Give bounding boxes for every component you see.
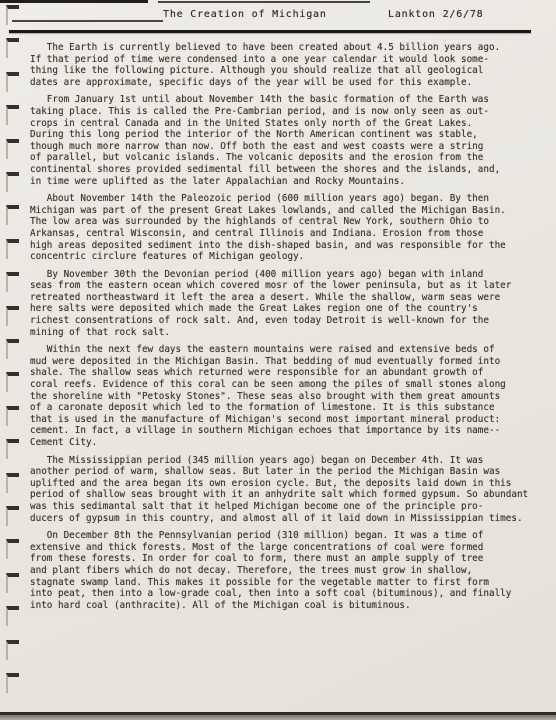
binding-mark-icon <box>6 239 19 259</box>
paragraph: The Earth is currently believed to have … <box>30 42 551 88</box>
binding-mark-icon <box>6 406 19 426</box>
binding-mark-icon <box>6 573 19 593</box>
binding-mark-icon <box>6 38 19 58</box>
binding-mark-icon <box>6 172 19 192</box>
binding-mark-icon <box>6 272 19 292</box>
paragraph: From January 1st until about November 14… <box>30 94 551 187</box>
paragraph: The Mississippian period (345 million ye… <box>30 455 551 525</box>
binding-mark-icon <box>6 205 19 225</box>
binding-mark-icon <box>6 640 19 660</box>
document-byline: Lankton 2/6/78 <box>388 9 484 20</box>
binding-mark-icon <box>6 539 19 559</box>
binding-mark-icon <box>6 473 19 493</box>
top-edge-artifact <box>158 1 370 3</box>
paragraph: On December 8th the Pennsylvanian period… <box>30 530 551 611</box>
binding-mark-icon <box>6 439 19 459</box>
binding-mark-icon <box>6 673 19 693</box>
top-edge-artifact <box>0 0 148 3</box>
binding-mark-icon <box>6 372 19 392</box>
document-title: The Creation of Michigan <box>163 9 327 20</box>
binding-mark-icon <box>6 5 19 25</box>
bottom-edge-shade <box>0 715 556 720</box>
paragraph: About November 14th the Paleozoic period… <box>30 193 551 263</box>
binding-mark-icon <box>6 339 19 359</box>
binding-mark-icon <box>6 72 19 92</box>
scan-page: The Creation of Michigan Lankton 2/6/78 … <box>0 0 556 720</box>
header-rule <box>9 30 531 33</box>
binding-mark-icon <box>6 506 19 526</box>
paragraph: By November 30th the Devonian period (40… <box>30 269 551 339</box>
document-body: The Earth is currently believed to have … <box>30 42 551 617</box>
header-rule-small <box>12 20 163 22</box>
binding-mark-icon <box>6 606 19 626</box>
binding-mark-icon <box>6 105 19 125</box>
paragraph: Within the next few days the eastern mou… <box>30 344 551 448</box>
binding-mark-icon <box>6 139 19 159</box>
binding-mark-icon <box>6 306 19 326</box>
